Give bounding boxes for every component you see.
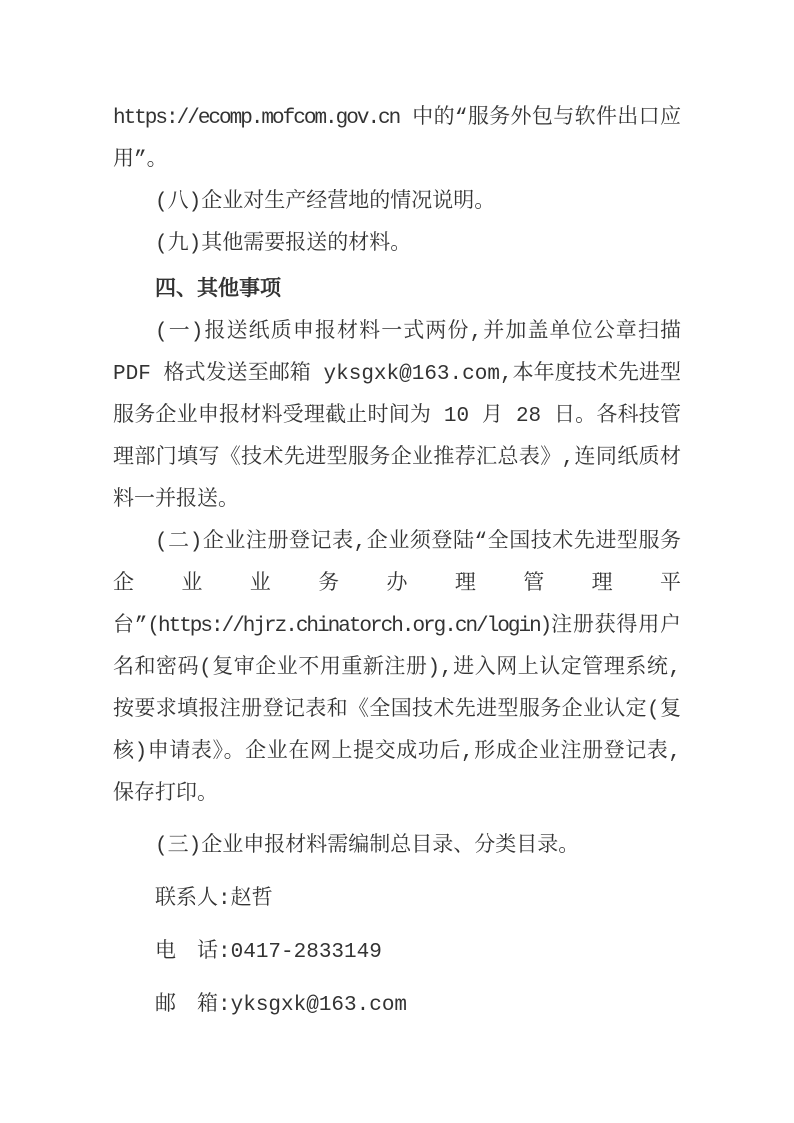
paragraph-other-item-two-tail: 注册获得用户名和密码(复审企业不用重新注册),进入网上认定管理系统,按要求填报注… bbox=[113, 615, 681, 806]
contact-person-line: 联系人:赵哲 bbox=[113, 879, 681, 921]
contact-phone-line: 电 话:0417-2833149 bbox=[113, 932, 681, 974]
contact-email-value: yksgxk@163.com bbox=[231, 994, 407, 1017]
contact-email-line: 邮 箱:yksgxk@163.com bbox=[113, 985, 681, 1027]
hjrz-login-url-text: (https://hjrz.chinatorch.org.cn/login) bbox=[147, 615, 550, 638]
contact-person-label: 联系人: bbox=[155, 888, 231, 911]
ecomp-url-text: https://ecomp.mofcom.gov.cn bbox=[113, 107, 399, 130]
section-heading-other-matters: 四、其他事项 bbox=[113, 270, 681, 312]
paragraph-item-eight: (八)企业对生产经营地的情况说明。 bbox=[113, 182, 681, 224]
paragraph-other-item-three: (三)企业申报材料需编制总目录、分类目录。 bbox=[113, 826, 681, 868]
paragraph-other-item-one: (一)报送纸质申报材料一式两份,并加盖单位公章扫描 PDF 格式发送至邮箱 yk… bbox=[113, 312, 681, 522]
contact-email-label: 邮 箱: bbox=[155, 994, 231, 1017]
document-page: https://ecomp.mofcom.gov.cn 中的“服务外包与软件出口… bbox=[0, 0, 794, 1123]
paragraph-other-item-two: (二)企业注册登记表,企业须登陆“全国技术先进型服务企业业务办理管理平台”(ht… bbox=[113, 522, 681, 816]
paragraph-item-nine: (九)其他需要报送的材料。 bbox=[113, 224, 681, 266]
contact-phone-label: 电 话: bbox=[155, 941, 231, 964]
contact-phone-value: 0417-2833149 bbox=[231, 941, 382, 964]
contact-person-value: 赵哲 bbox=[231, 888, 273, 911]
paragraph-url-continuation: https://ecomp.mofcom.gov.cn 中的“服务外包与软件出口… bbox=[113, 98, 681, 182]
